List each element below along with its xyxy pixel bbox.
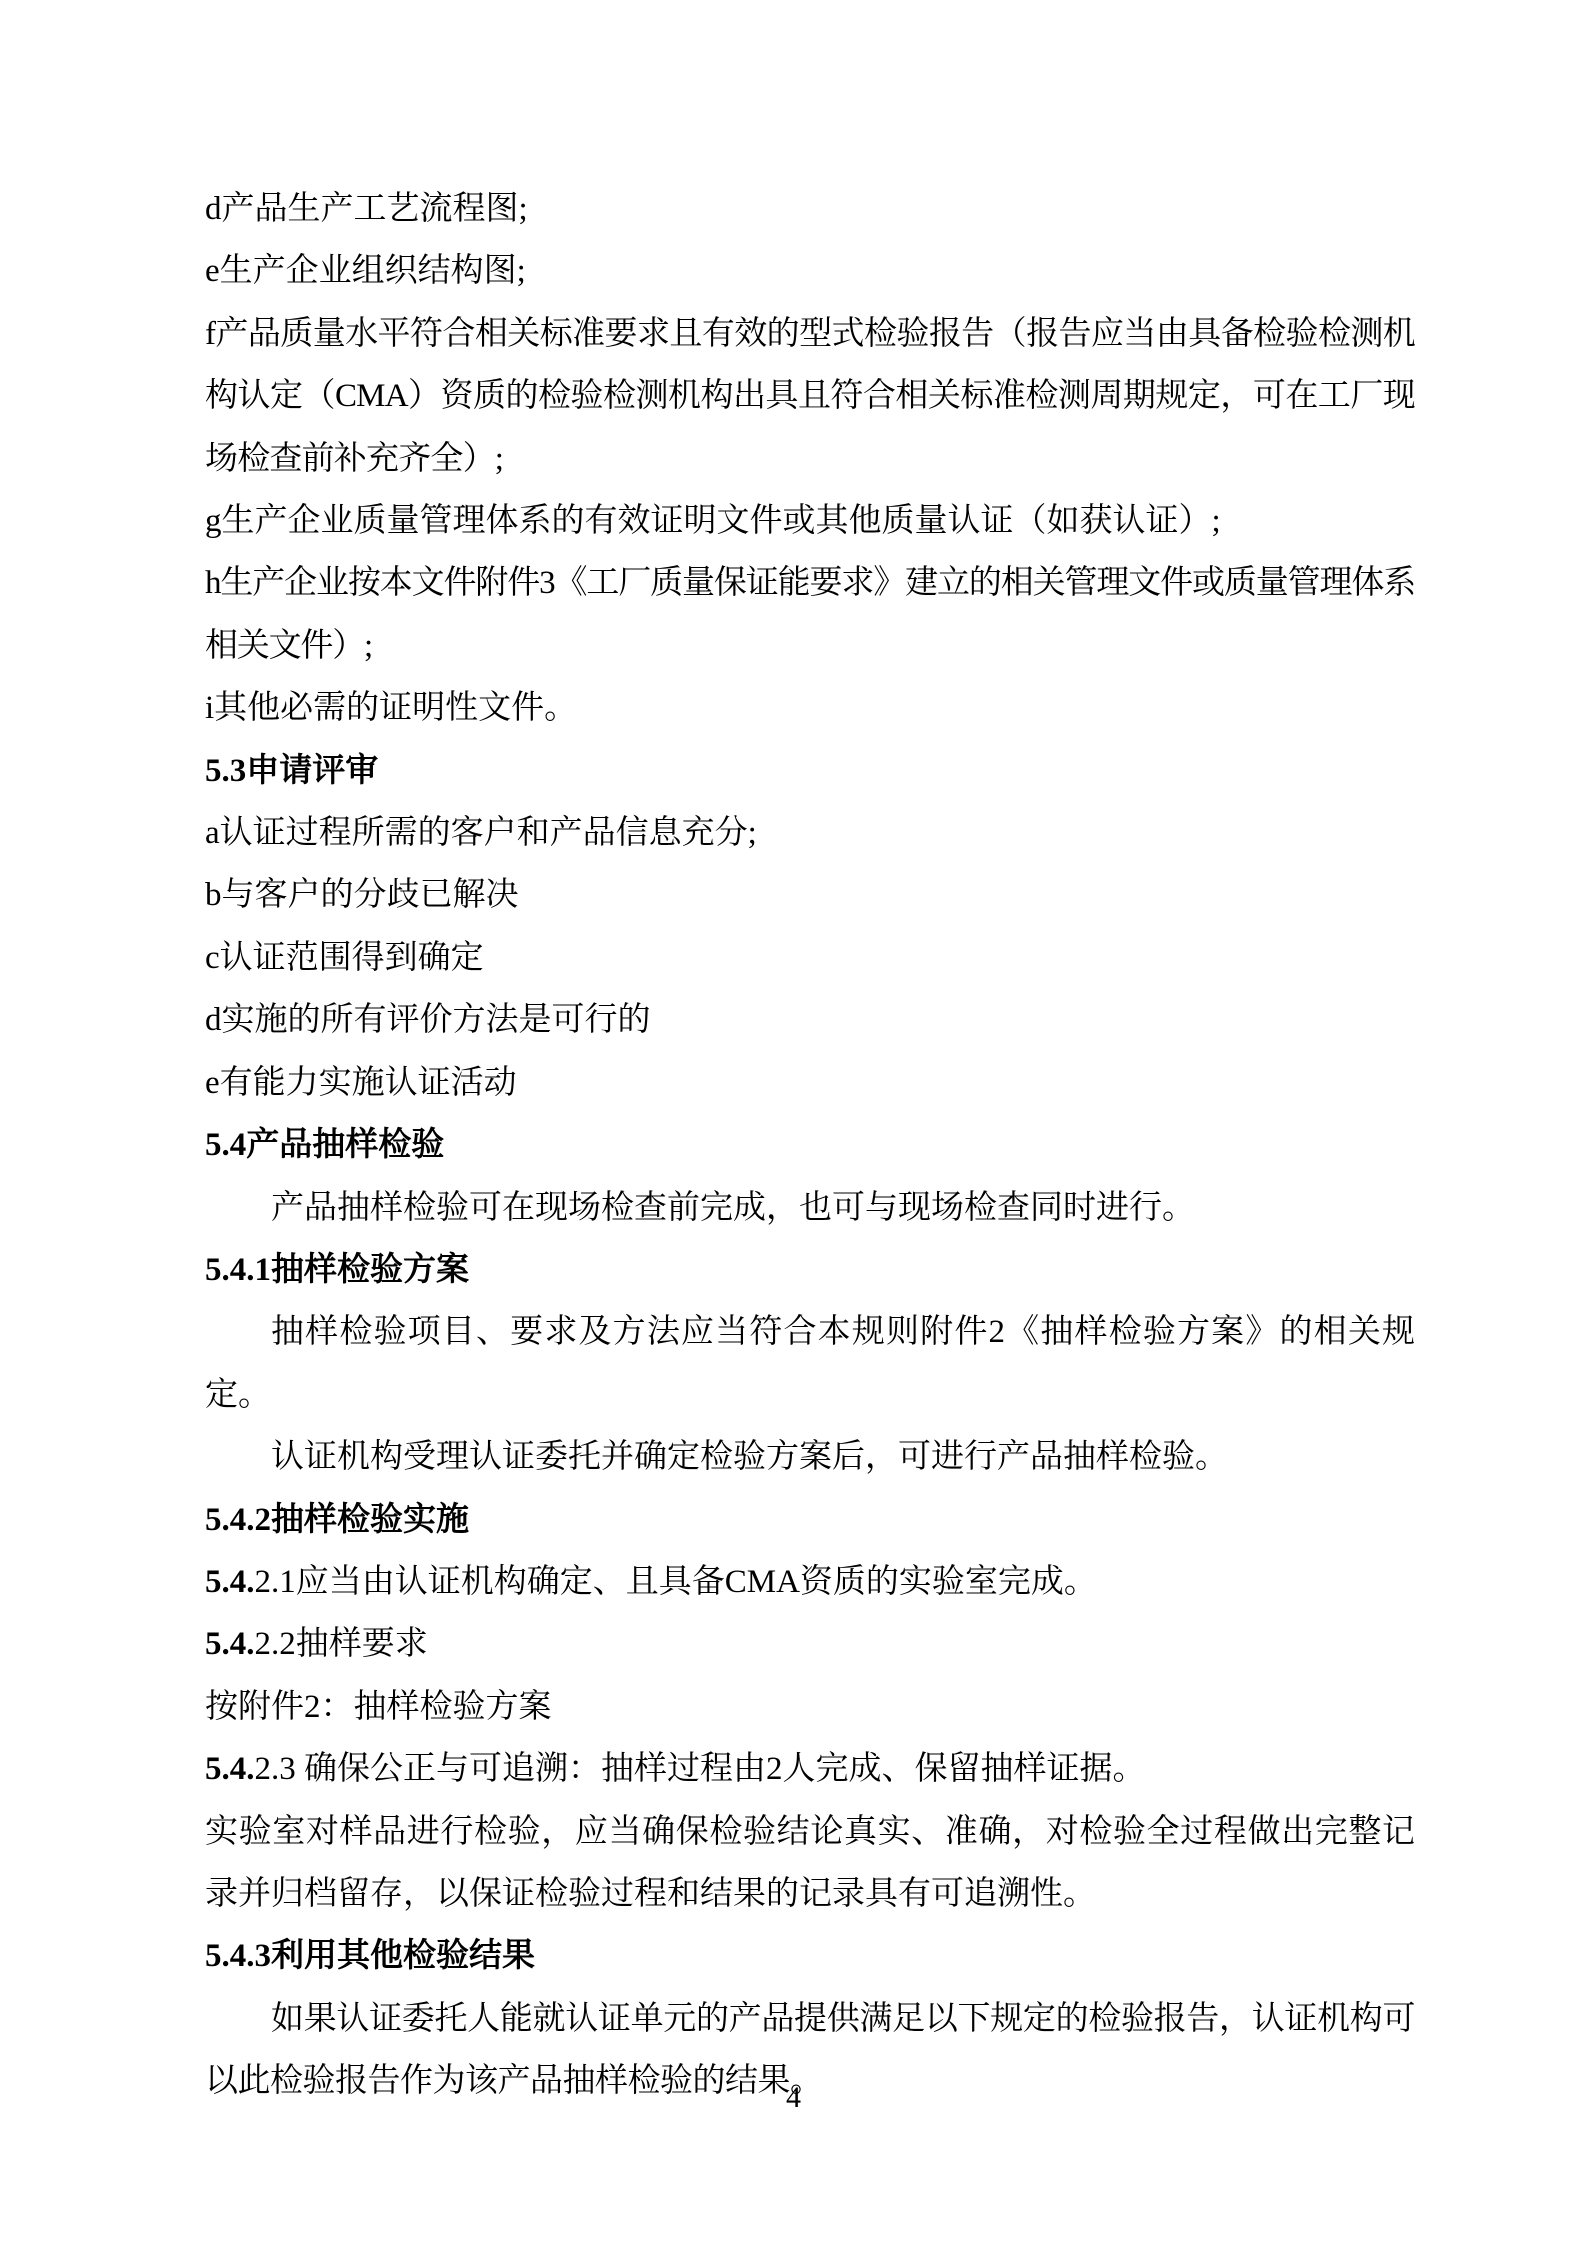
paragraph-attachment-2-reference: 按附件2：抽样检验方案 <box>205 1676 1415 1738</box>
section-heading-5-4-3: 5.4.3利用其他检验结果 <box>205 1925 1415 1987</box>
paragraph-item-i-other-docs: i其他必需的证明性文件。 <box>205 677 1415 739</box>
section-heading-5-4-2: 5.4.2抽样检验实施 <box>205 1489 1415 1551</box>
paragraph-item-e-orgchart: e生产企业组织结构图; <box>205 240 1415 302</box>
paragraph-lab-inspection-records: 实验室对样品进行检验，应当确保检验结论真实、准确，对检验全过程做出完整记录并归档… <box>205 1801 1415 1926</box>
section-heading-5-4: 5.4产品抽样检验 <box>205 1114 1415 1176</box>
paragraph-item-b-disputes: b与客户的分歧已解决 <box>205 864 1415 926</box>
paragraph-5-4-2-2-sampling-requirement: 5.4.2.2抽样要求 <box>205 1613 1415 1675</box>
document-body: d产品生产工艺流程图; e生产企业组织结构图; f产品质量水平符合相关标准要求且… <box>205 178 1415 2113</box>
paragraph-item-d-flowchart: d产品生产工艺流程图; <box>205 178 1415 240</box>
paragraph-sampling-after-acceptance: 认证机构受理认证委托并确定检验方案后，可进行产品抽样检验。 <box>205 1426 1415 1488</box>
paragraph-item-e-capability: e有能力实施认证活动 <box>205 1052 1415 1114</box>
paragraph-sampling-plan-rules: 抽样检验项目、要求及方法应当符合本规则附件2《抽样检验方案》的相关规定。 <box>205 1301 1415 1426</box>
paragraph-sampling-timing: 产品抽样检验可在现场检查前完成，也可与现场检查同时进行。 <box>205 1177 1415 1239</box>
section-heading-5-4-1: 5.4.1抽样检验方案 <box>205 1239 1415 1301</box>
paragraph-item-c-scope: c认证范围得到确定 <box>205 927 1415 989</box>
paragraph-item-a-info: a认证过程所需的客户和产品信息充分; <box>205 802 1415 864</box>
paragraph-item-g-qms-proof: g生产企业质量管理体系的有效证明文件或其他质量认证（如获认证）; <box>205 490 1415 552</box>
paragraph-5-4-2-3-traceability: 5.4.2.3 确保公正与可追溯：抽样过程由2人完成、保留抽样证据。 <box>205 1738 1415 1800</box>
document-page: d产品生产工艺流程图; e生产企业组织结构图; f产品质量水平符合相关标准要求且… <box>0 0 1587 2245</box>
paragraph-item-f-test-report: f产品质量水平符合相关标准要求且有效的型式检验报告（报告应当由具备检验检测机构认… <box>205 303 1415 490</box>
paragraph-item-d-methods: d实施的所有评价方法是可行的 <box>205 989 1415 1051</box>
paragraph-5-4-2-1-lab: 5.4.2.1应当由认证机构确定、且具备CMA资质的实验室完成。 <box>205 1551 1415 1613</box>
page-number: 4 <box>0 2080 1587 2116</box>
section-heading-5-3: 5.3申请评审 <box>205 740 1415 802</box>
paragraph-item-h-management-docs: h生产企业按本文件附件3《工厂质量保证能要求》建立的相关管理文件或质量管理体系相… <box>205 552 1415 677</box>
